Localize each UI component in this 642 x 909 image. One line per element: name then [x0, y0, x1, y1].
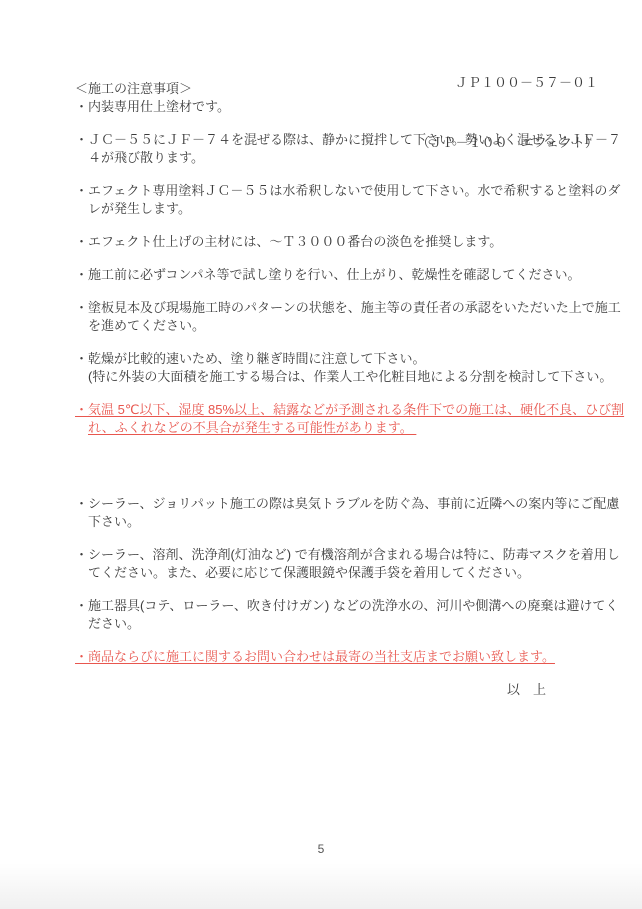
- note-item: ・施工前に必ずコンパネ等で試し塗りを行い、仕上がり、乾燥性を確認してください。: [75, 266, 612, 284]
- note-item: ・塗板見本及び現場施工時のパターンの状態を、施主等の責任者の承認をいただいた上で…: [75, 299, 612, 335]
- page-number: 5: [0, 842, 642, 856]
- doc-body: ＜施工の注意事項＞ ・内装専用仕上塗材です。・ＪＣ－５５にＪＦ－７４を混ぜる際は…: [75, 80, 612, 699]
- note-item: ・ＪＣ－５５にＪＦ－７４を混ぜる際は、静かに撹拌して下さい。勢いよく混ぜるとＪＦ…: [75, 131, 612, 167]
- section-heading: ＜施工の注意事項＞: [75, 80, 612, 98]
- warning-note: ・商品ならびに施工に関するお問い合わせは最寄の当社支店までお願い致します。: [75, 648, 612, 666]
- closing-text: 以 上: [75, 681, 612, 699]
- note-item: ・シーラー、溶剤、洗浄剤(灯油など) で有機溶剤が含まれる場合は特に、防毒マスク…: [75, 546, 612, 582]
- note-item: ・内装専用仕上塗材です。: [75, 98, 612, 116]
- warning-note: ・気温 5℃以下、湿度 85%以上、結露などが予測される条件下での施工は、硬化不…: [75, 401, 612, 437]
- note-item: ・施工器具(コテ、ローラー、吹き付けガン) などの洗浄水の、河川や側溝への廃棄は…: [75, 597, 612, 633]
- notes-list: ・内装専用仕上塗材です。・ＪＣ－５５にＪＦ－７４を混ぜる際は、静かに撹拌して下さ…: [75, 98, 612, 666]
- note-item: ・乾燥が比較的速いため、塗り継ぎ時間に注意して下さい。 (特に外装の大面積を施工…: [75, 350, 612, 386]
- note-item: ・シーラー、ジョリパット施工の際は臭気トラブルを防ぐ為、事前に近隣への案内等にご…: [75, 495, 612, 531]
- document-page: { "document": { "header": { "doc_number"…: [0, 0, 642, 909]
- note-item: ・エフェクト仕上げの主材には、～Ｔ３０００番台の淡色を推奨します。: [75, 233, 612, 251]
- note-item: ・エフェクト専用塗料ＪＣ－５５は水希釈しないで使用して下さい。水で希釈すると塗料…: [75, 182, 612, 218]
- page-bottom-shade: [0, 863, 642, 909]
